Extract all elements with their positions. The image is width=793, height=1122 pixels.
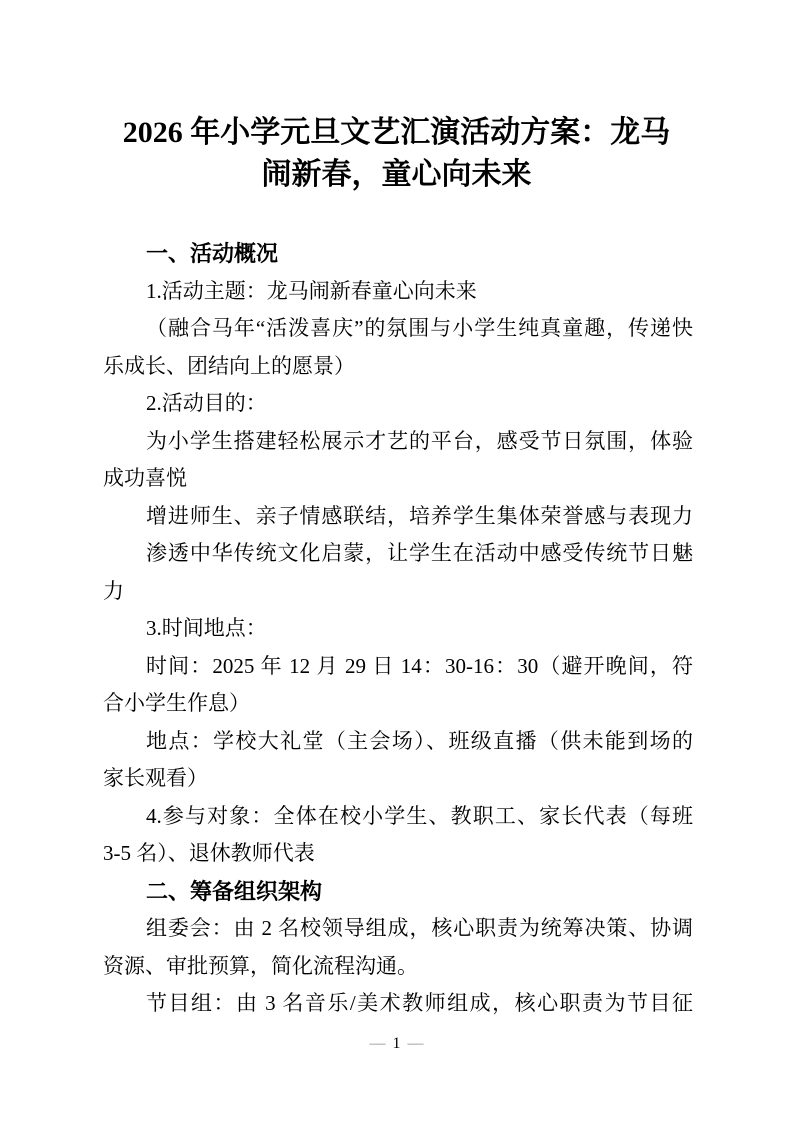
body-line: （融合马年“活泼喜庆”的氛围与小学生纯真童趣，传递快 <box>103 310 693 348</box>
body-line: 资源、审批预算，简化流程沟通。 <box>103 948 693 986</box>
body-line: 力 <box>103 573 693 611</box>
body-line: 2.活动目的： <box>103 385 693 423</box>
document-title: 2026 年小学元旦文艺汇演活动方案：龙马 闹新春，童心向未来 <box>0 112 793 196</box>
body-line: 组委会：由 2 名校领导组成，核心职责为统筹决策、协调 <box>103 910 693 948</box>
body-line: 增进师生、亲子情感联结，培养学生集体荣誉感与表现力 <box>103 498 693 536</box>
body-line: 渗透中华传统文化启蒙，让学生在活动中感受传统节日魅 <box>103 535 693 573</box>
body-line: 节目组：由 3 名音乐/美术教师组成，核心职责为节目征集、 <box>103 985 693 1023</box>
body-line: 合小学生作息） <box>103 685 693 723</box>
title-line-2: 闹新春，童心向未来 <box>0 154 793 196</box>
footer-dash-left: — <box>370 1035 386 1052</box>
body-line: 成功喜悦 <box>103 460 693 498</box>
page-number: 1 <box>393 1035 401 1052</box>
body-line: 家长观看） <box>103 760 693 798</box>
section-heading-1: 一、活动概况 <box>103 235 693 273</box>
page-footer: —1— <box>0 1032 793 1056</box>
body-line: 1.活动主题：龙马闹新春童心向未来 <box>103 273 693 311</box>
section-heading-2: 二、筹备组织架构 <box>103 873 693 911</box>
body-line: 4.参与对象：全体在校小学生、教职工、家长代表（每班 <box>103 798 693 836</box>
body-line: 3-5 名）、退休教师代表 <box>103 835 693 873</box>
body-line: 乐成长、团结向上的愿景） <box>103 348 693 386</box>
document-page: 2026 年小学元旦文艺汇演活动方案：龙马 闹新春，童心向未来 一、活动概况 1… <box>0 0 793 1122</box>
body-line: 地点：学校大礼堂（主会场）、班级直播（供未能到场的 <box>103 723 693 761</box>
body-line: 3.时间地点： <box>103 610 693 648</box>
title-line-1: 2026 年小学元旦文艺汇演活动方案：龙马 <box>0 112 793 154</box>
footer-dash-right: — <box>408 1035 424 1052</box>
document-body: 一、活动概况 1.活动主题：龙马闹新春童心向未来 （融合马年“活泼喜庆”的氛围与… <box>103 235 693 1023</box>
body-line: 为小学生搭建轻松展示才艺的平台，感受节日氛围，体验 <box>103 423 693 461</box>
body-line: 时间：2025 年 12 月 29 日 14：30-16：30（避开晚间，符 <box>103 648 693 686</box>
